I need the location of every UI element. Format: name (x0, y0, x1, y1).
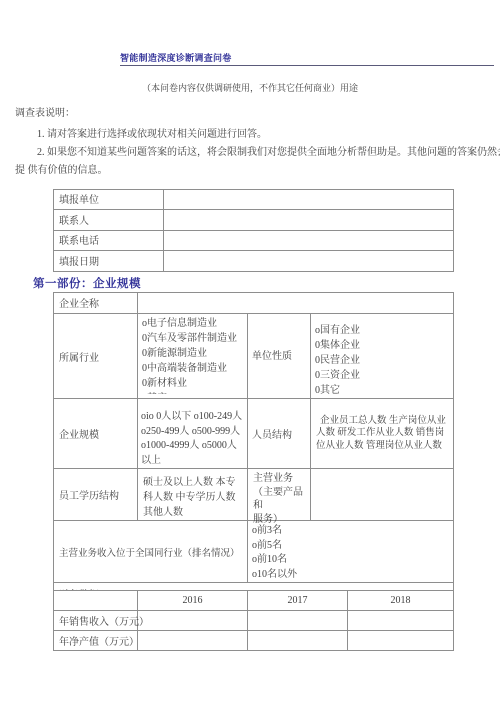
unit-nature-options-cell[interactable]: o国有企业 0集体企业 0民营企业 0三资企业 0其它 (311, 314, 454, 399)
table-row: 年净产值（万元） (54, 631, 454, 651)
finance-input-revenue-2018[interactable] (348, 611, 454, 631)
education-structure-detail-cell: 硕士及以上人数 本专科人数 中专学历人数 其他人数 (138, 469, 248, 521)
finance-input-net-2017[interactable] (248, 631, 348, 651)
finance-row-label-net-output: 年净产值（万元） (54, 631, 138, 651)
page-subtitle: （本问卷内容仅供调研使用，不作其它任何商业）用途 (0, 81, 500, 94)
table-row: 填报单位 (54, 190, 454, 210)
table-row: 主营业务收入位于全国同行业（排名情况） o前3名 o前5名 o前10名 o10名… (54, 521, 454, 583)
main-business-input-cell[interactable] (311, 469, 454, 521)
finance-input-net-2016[interactable] (138, 631, 248, 651)
finance-header-year-2017: 2017 (248, 591, 348, 611)
table-row: 企业全称 (54, 293, 454, 314)
instruction-item-1: 1. 请对答案进行选择或依现状对相关问题进行回答。 (37, 125, 267, 140)
company-scale-label-cell: 企业规模 (54, 399, 138, 469)
finance-input-revenue-2017[interactable] (248, 611, 348, 631)
ranking-options-list: o前3名 o前5名 o前10名 o10名以外 o暂不清楚排名 (252, 523, 451, 582)
table-row: 联系人 (54, 210, 454, 231)
instruction-item-2-continued: 提 供有价值的信息。 (15, 161, 108, 176)
contact-input-phone[interactable] (164, 231, 454, 251)
unit-nature-options-list: o国有企业 0集体企业 0民营企业 0三资企业 0其它 (315, 323, 451, 398)
page-title-text: 智能制造深度诊断调查问卷 (120, 53, 232, 63)
industry-label-cell: 所属行业 (54, 314, 138, 399)
finance-header-year-2018: 2018 (348, 591, 454, 611)
company-name-label-cell: 企业全称 (54, 293, 138, 314)
contact-input-person[interactable] (164, 210, 454, 231)
finance-input-net-2018[interactable] (348, 631, 454, 651)
finance-input-revenue-2016[interactable] (138, 611, 248, 631)
finance-header-empty-cell (54, 591, 138, 611)
table-row: 2016 2017 2018 (54, 591, 454, 611)
section-1-heading: 第一部份：企业规模 (33, 275, 141, 291)
company-name-input-cell[interactable] (138, 293, 454, 314)
contact-table: 填报单位 联系人 联系电话 填报日期 (53, 189, 454, 272)
unit-nature-label-cell: 单位性质 (248, 314, 311, 399)
contact-label-phone: 联系电话 (54, 231, 164, 251)
industry-options-cell[interactable]: o电子信息制造业 0汽车及零部件制造业 0新能源制造业 0中高端装备制造业 0新… (138, 314, 248, 399)
personnel-structure-detail-cell: 企业员工总人数 生产岗位从业人数 研发工作从业人数 销售岗位从业人数 管理岗位从… (311, 399, 454, 469)
finance-table: 2016 2017 2018 年销售收入（万元） 年净产值（万元） (53, 590, 454, 651)
table-row: 填报日期 (54, 251, 454, 272)
contact-input-unit[interactable] (164, 190, 454, 210)
questionnaire-page: 智能制造深度诊断调查问卷 （本问卷内容仅供调研使用，不作其它任何商业）用途 调查… (0, 0, 500, 707)
industry-options-list: o电子信息制造业 0汽车及零部件制造业 0新能源制造业 0中高端装备制造业 0新… (142, 316, 245, 394)
ranking-options-cell[interactable]: o前3名 o前5名 o前10名 o10名以外 o暂不清楚排名 (248, 521, 454, 583)
contact-label-date: 填报日期 (54, 251, 164, 272)
table-row: 年销售收入（万元） (54, 611, 454, 631)
ranking-question-label-cell: 主营业务收入位于全国同行业（排名情况） (54, 521, 248, 583)
contact-label-person: 联系人 (54, 210, 164, 231)
company-scale-options-cell[interactable]: oio 0人以下 o100-249人 o250-499人 o500-999人 o… (138, 399, 248, 469)
contact-label-unit: 填报单位 (54, 190, 164, 210)
contact-input-date[interactable] (164, 251, 454, 272)
page-title: 智能制造深度诊断调查问卷 (120, 51, 494, 66)
finance-row-label-revenue: 年销售收入（万元） (54, 611, 138, 631)
table-row: 联系电话 (54, 231, 454, 251)
finance-header-year-2016: 2016 (138, 591, 248, 611)
education-structure-label-cell: 员工学历结构 (54, 469, 138, 521)
instruction-item-2: 2. 如果您不知道某些问题答案的话这，将会限制我们对您提供全面地分析帮但助是。其… (37, 143, 500, 158)
table-row: 企业规模 oio 0人以下 o100-249人 o250-499人 o500-9… (54, 399, 454, 469)
main-business-label-cell: 主营业务 （主要产品 和 服务） (248, 469, 311, 521)
personnel-structure-label-cell: 人员结构 (248, 399, 311, 469)
company-profile-table: 企业全称 所属行业 o电子信息制造业 0汽车及零部件制造业 0新能源制造业 0中… (53, 292, 454, 605)
table-row: 员工学历结构 硕士及以上人数 本专科人数 中专学历人数 其他人数 主营业务 （主… (54, 469, 454, 521)
main-business-label-text: 主营业务 （主要产品 和 服务） (253, 472, 308, 516)
instructions-heading: 调查表说明： (15, 104, 75, 119)
table-row: 所属行业 o电子信息制造业 0汽车及零部件制造业 0新能源制造业 0中高端装备制… (54, 314, 454, 399)
